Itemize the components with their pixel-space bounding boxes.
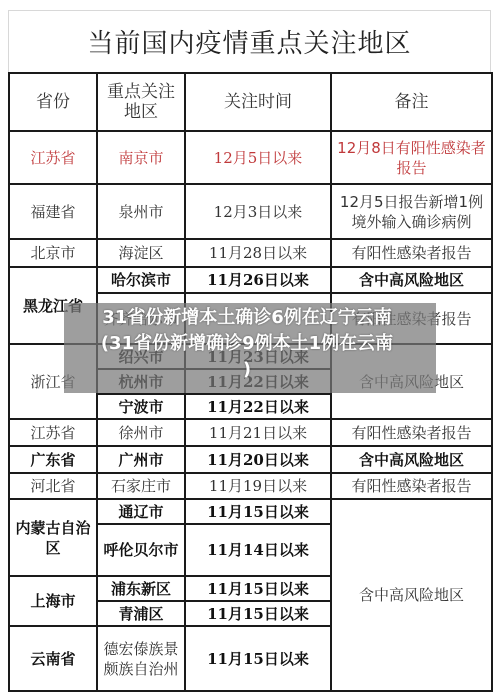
- table-row: 广东省 广州市 11月20日以来 含中高风险地区: [9, 446, 492, 473]
- cell-note: 含中高风险地区: [331, 267, 492, 293]
- cell-time: 12月5日以来: [185, 131, 331, 184]
- cell-time: 11月22日以来: [185, 394, 331, 419]
- cell-area: 通辽市: [97, 499, 185, 524]
- cell-note: 含中高风险地区: [331, 499, 492, 691]
- cell-area: 南京市: [97, 131, 185, 184]
- cell-area: 哈尔滨市: [97, 267, 185, 293]
- cell-time: 12月3日以来: [185, 184, 331, 239]
- cell-province: 内蒙古自治区: [9, 499, 97, 576]
- cell-time: 11月14日以来: [185, 524, 331, 576]
- cell-area: 海淀区: [97, 239, 185, 267]
- header-note: 备注: [331, 73, 492, 131]
- cell-area: 石家庄市: [97, 473, 185, 499]
- cell-area: 广州市: [97, 446, 185, 473]
- table-row: 江苏省 南京市 12月5日以来 12月8日有阳性感染者报告: [9, 131, 492, 184]
- table-row: 江苏省 徐州市 11月21日以来 有阳性感染者报告: [9, 419, 492, 446]
- cell-area: 宁波市: [97, 394, 185, 419]
- cell-time: 11月21日以来: [185, 419, 331, 446]
- cell-time: 11月15日以来: [185, 499, 331, 524]
- cell-note: 含中高风险地区: [331, 446, 492, 473]
- cell-area: 泉州市: [97, 184, 185, 239]
- cell-province: 上海市: [9, 576, 97, 626]
- cell-time: 11月15日以来: [185, 601, 331, 626]
- cell-province: 福建省: [9, 184, 97, 239]
- cell-province: 广东省: [9, 446, 97, 473]
- cell-time: 11月15日以来: [185, 626, 331, 691]
- cell-time: 11月19日以来: [185, 473, 331, 499]
- table-row: 福建省 泉州市 12月3日以来 12月5日报告新增1例境外输入确诊病例: [9, 184, 492, 239]
- cell-note: 12月5日报告新增1例境外输入确诊病例: [331, 184, 492, 239]
- caption-line-3: ): [72, 357, 422, 383]
- header-area: 重点关注地区: [97, 73, 185, 131]
- cell-area: 青浦区: [97, 601, 185, 626]
- caption-text: 31省份新增本土确诊6例在辽宁云南 (31省份新增确诊9例本土1例在云南 ): [72, 305, 422, 383]
- cell-note: 12月8日有阳性感染者报告: [331, 131, 492, 184]
- caption-line-2: (31省份新增确诊9例本土1例在云南: [72, 331, 422, 357]
- cell-area: 浦东新区: [97, 576, 185, 601]
- table-row: 河北省 石家庄市 11月19日以来 有阳性感染者报告: [9, 473, 492, 499]
- cell-time: 11月15日以来: [185, 576, 331, 601]
- cell-note: 有阳性感染者报告: [331, 239, 492, 267]
- cell-area: 徐州市: [97, 419, 185, 446]
- cell-time: 11月20日以来: [185, 446, 331, 473]
- cell-area: 呼伦贝尔市: [97, 524, 185, 576]
- table-row: 北京市 海淀区 11月28日以来 有阳性感染者报告: [9, 239, 492, 267]
- cell-note: 有阳性感染者报告: [331, 419, 492, 446]
- cell-time: 11月28日以来: [185, 239, 331, 267]
- table-row: 内蒙古自治区 通辽市 11月15日以来 含中高风险地区: [9, 499, 492, 524]
- table-row: 黑龙江省 哈尔滨市 11月26日以来 含中高风险地区: [9, 267, 492, 293]
- cell-province: 北京市: [9, 239, 97, 267]
- page-title: 当前国内疫情重点关注地区: [8, 10, 491, 72]
- caption-line-1: 31省份新增本土确诊6例在辽宁云南: [72, 305, 422, 331]
- cell-note: 有阳性感染者报告: [331, 473, 492, 499]
- header-province: 省份: [9, 73, 97, 131]
- cell-province: 云南省: [9, 626, 97, 691]
- cell-province: 江苏省: [9, 131, 97, 184]
- cell-province: 河北省: [9, 473, 97, 499]
- cell-time: 11月26日以来: [185, 267, 331, 293]
- cell-province: 江苏省: [9, 419, 97, 446]
- cell-area: 德宏傣族景颇族自治州: [97, 626, 185, 691]
- header-time: 关注时间: [185, 73, 331, 131]
- header-row: 省份 重点关注地区 关注时间 备注: [9, 73, 492, 131]
